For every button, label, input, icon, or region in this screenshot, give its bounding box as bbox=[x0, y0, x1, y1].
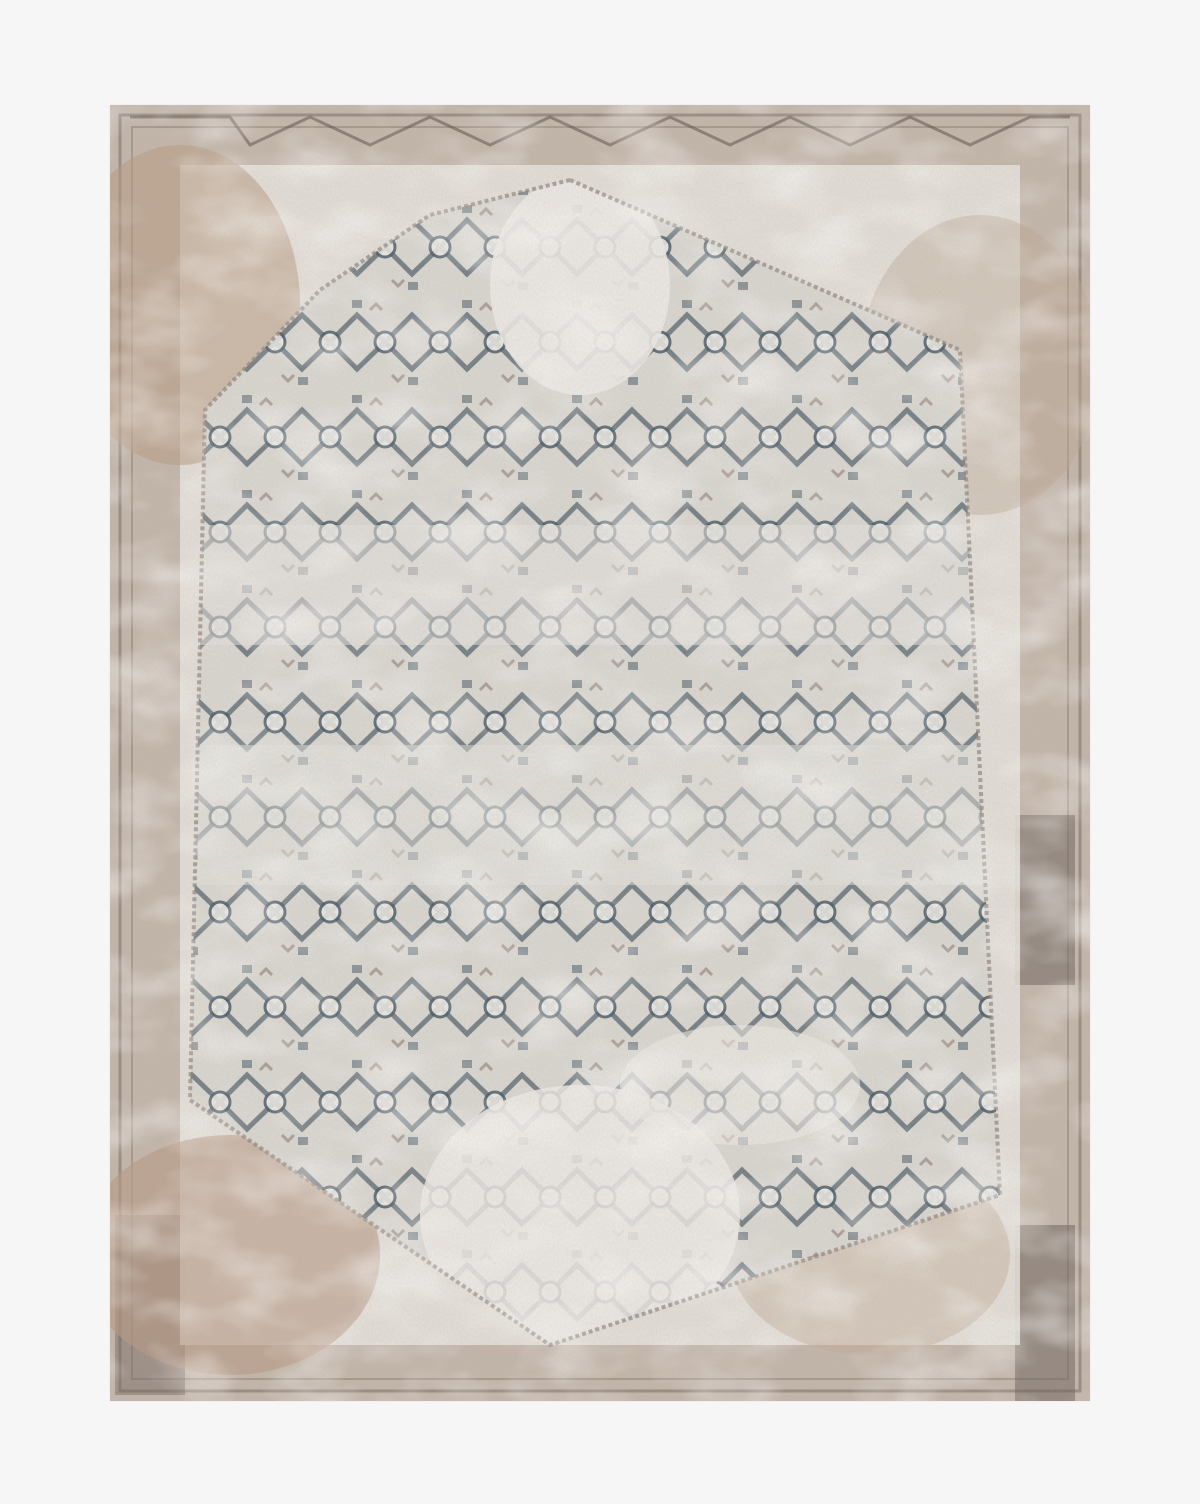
rug-pattern bbox=[110, 105, 1090, 1401]
rug-image bbox=[110, 105, 1090, 1401]
